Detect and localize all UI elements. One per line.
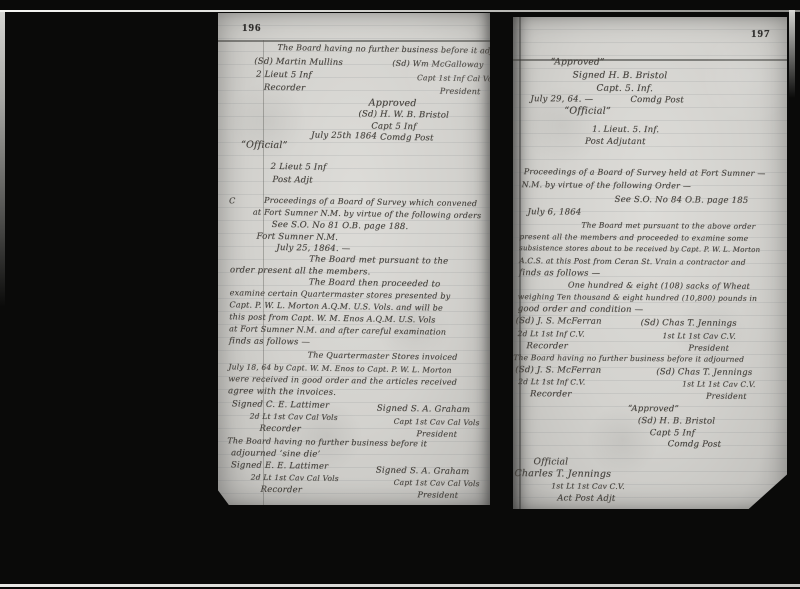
handwritten-line: Comdg Post bbox=[630, 95, 684, 105]
handwritten-line: subsistence stores about to be received … bbox=[519, 244, 760, 254]
ledger-page-right: 197 “Approved”Signed H. B. BristolCapt. … bbox=[513, 17, 787, 509]
handwritten-line: Capt 1st Inf Cal Vols bbox=[417, 73, 499, 83]
handwritten-line: The Board met pursuant to the above orde… bbox=[581, 221, 755, 231]
handwritten-line: were received in good order and the arti… bbox=[228, 374, 457, 387]
handwritten-line: July 18, 64 by Capt. W. M. Enos to Capt.… bbox=[228, 362, 451, 375]
handwritten-line: Fort Sumner N.M. bbox=[256, 232, 338, 243]
handwritten-line: finds as follows — bbox=[519, 268, 600, 279]
handwritten-line: Proceedings of a Board of Survey which c… bbox=[264, 196, 477, 208]
handwritten-line: 2d Lt 1st Inf C.V. bbox=[518, 377, 585, 387]
handwritten-line: Recorder bbox=[260, 485, 302, 496]
handwritten-line: (Sd) J. S. McFerran bbox=[516, 316, 602, 327]
handwritten-line: Approved bbox=[369, 97, 417, 109]
handwritten-line: “Official” bbox=[241, 139, 288, 151]
handwritten-line: July 25, 1864. — bbox=[276, 243, 350, 254]
handwritten-line: (Sd) Chas T. Jennings bbox=[656, 367, 752, 378]
handwritten-line: The Board having no further business bef… bbox=[227, 436, 427, 448]
handwritten-line: See S.O. No 84 O.B. page 185 bbox=[615, 195, 749, 206]
film-edge-strip-left bbox=[0, 12, 5, 307]
handwritten-line: Signed H. B. Bristol bbox=[573, 70, 668, 81]
handwritten-line: The Quartermaster Stores invoiced bbox=[308, 350, 458, 361]
handwritten-line: Signed S. A. Graham bbox=[376, 466, 470, 477]
handwritten-line: Post Adjutant bbox=[585, 137, 646, 147]
handwritten-line: Act Post Adjt bbox=[557, 493, 615, 503]
handwritten-line: President bbox=[440, 86, 481, 96]
handwritten-line: Capt 5 Inf bbox=[650, 428, 695, 438]
handwritten-line: 2 Lieut 5 Inf bbox=[271, 162, 327, 173]
film-edge-line-top bbox=[0, 10, 800, 12]
handwritten-line: “Approved” bbox=[551, 57, 605, 67]
handwritten-line: President bbox=[417, 490, 458, 500]
handwritten-line: Capt 1st Cav Cal Vols bbox=[394, 417, 480, 427]
handwritten-line: Recorder bbox=[526, 341, 568, 351]
handwritten-line: July 6, 1864 bbox=[527, 207, 581, 217]
handwritten-line: N.M. by virtue of the following Order — bbox=[522, 180, 691, 190]
handwritten-line: Recorder bbox=[259, 424, 301, 435]
handwritten-line: President bbox=[688, 343, 729, 352]
handwritten-line: President bbox=[706, 392, 747, 401]
handwritten-line: Capt 1st Cav Cal Vols bbox=[394, 478, 480, 488]
handwritten-line: (Sd) Martin Mullins bbox=[254, 57, 343, 68]
handwritten-line: good order and condition — bbox=[518, 304, 644, 315]
handwritten-line: (Sd) H. B. Bristol bbox=[638, 416, 715, 427]
handwritten-line: Capt 5 Inf bbox=[371, 121, 416, 132]
handwritten-line: adjourned ‘sine die’ bbox=[231, 448, 320, 459]
film-edge-strip-right bbox=[789, 10, 795, 98]
handwritten-line: 2d Lt 1st Cav Cal Vols bbox=[251, 473, 339, 483]
handwritten-line: July 29, 64. — bbox=[530, 94, 593, 104]
handwritten-line: Post Adjt bbox=[272, 175, 313, 186]
film-edge-line-bottom bbox=[0, 584, 800, 587]
handwritten-line: Comdg Post bbox=[380, 133, 434, 144]
microfilm-scan: 196 The Board having no further business… bbox=[0, 0, 800, 589]
handwritten-line: agree with the invoices. bbox=[228, 386, 336, 398]
handwritten-line: (Sd) J. S. McFerran bbox=[515, 365, 601, 376]
handwritten-line: Recorder bbox=[264, 83, 306, 94]
handwritten-line: Capt. 5. Inf. bbox=[596, 84, 653, 94]
handwritten-line: 1. Lieut. 5. Inf. bbox=[592, 125, 659, 136]
handwritten-line: present all the members and proceeded to… bbox=[519, 232, 748, 243]
handwritten-line: 2d Lt 1st Cav Cal Vols bbox=[250, 412, 338, 422]
handwritten-line: this post from Capt. W. M. Enos A.Q.M. U… bbox=[229, 312, 435, 324]
handwritten-line: Capt. P. W. L. Morton A.Q.M. U.S. Vols. … bbox=[229, 300, 443, 312]
handwritten-line: Signed C. E. Lattimer bbox=[232, 399, 330, 411]
handwritten-line: Proceedings of a Board of Survey held at… bbox=[524, 167, 766, 178]
handwritten-line: “Official” bbox=[564, 105, 611, 116]
handwritten-line: The Board having no further business bef… bbox=[513, 353, 744, 364]
handwritten-line: order present all the members. bbox=[230, 265, 371, 277]
handwritten-line: The Board then proceeded to bbox=[309, 277, 441, 289]
handwritten-line: 2d Lt 1st Inf C.V. bbox=[517, 329, 584, 339]
handwritten-line: One hundred & eight (108) sacks of Wheat bbox=[568, 280, 750, 290]
handwritten-line: A.C.S. at this Post from Ceran St. Vrain… bbox=[519, 256, 746, 267]
handwritten-line: (Sd) H. W. B. Bristol bbox=[358, 109, 449, 120]
handwritten-line: Charles T. Jennings bbox=[514, 468, 611, 480]
handwritten-line: See S.O. No 81 O.B. page 188. bbox=[272, 220, 409, 232]
handwritten-line: (Sd) Chas T. Jennings bbox=[641, 318, 737, 329]
handwritten-line: Comdg Post bbox=[668, 439, 722, 449]
handwriting-block-right: “Approved”Signed H. B. BristolCapt. 5. I… bbox=[509, 17, 787, 511]
handwritten-line: “Approved” bbox=[628, 404, 679, 414]
handwriting-block-left: The Board having no further business bef… bbox=[210, 13, 490, 509]
handwritten-line: 1st Lt 1st Cav C.V. bbox=[682, 379, 755, 389]
handwritten-line: at Fort Sumner N.M. and after careful ex… bbox=[229, 324, 446, 336]
handwritten-line: examine certain Quartermaster stores pre… bbox=[230, 288, 451, 300]
handwritten-line: 2 Lieut 5 Inf bbox=[256, 70, 312, 81]
handwritten-line: President bbox=[416, 429, 457, 439]
handwritten-line: (Sd) Wm McGalloway bbox=[392, 59, 483, 69]
handwritten-line: 1st Lt 1st Cav C.V. bbox=[662, 331, 735, 341]
handwritten-line: weighing Ten thousand & eight hundred (1… bbox=[518, 292, 757, 303]
handwritten-line: Recorder bbox=[530, 389, 572, 399]
handwritten-line: Official bbox=[533, 457, 568, 467]
handwritten-line: July 25th 1864 bbox=[311, 130, 377, 141]
handwritten-line: finds as follows — bbox=[229, 336, 310, 347]
handwritten-line: at Fort Sumner N.M. by virtue of the fol… bbox=[253, 208, 482, 221]
ledger-page-left: 196 The Board having no further business… bbox=[218, 13, 490, 505]
handwritten-line: The Board met pursuant to the bbox=[309, 254, 448, 266]
handwritten-line: Signed S. A. Graham bbox=[377, 404, 471, 415]
handwritten-line: Signed E. E. Lattimer bbox=[231, 460, 329, 472]
handwritten-line: The Board having no further business bef… bbox=[277, 43, 523, 56]
handwritten-line: C bbox=[229, 196, 235, 205]
handwritten-line: 1st Lt 1st Cav C.V. bbox=[551, 481, 624, 491]
